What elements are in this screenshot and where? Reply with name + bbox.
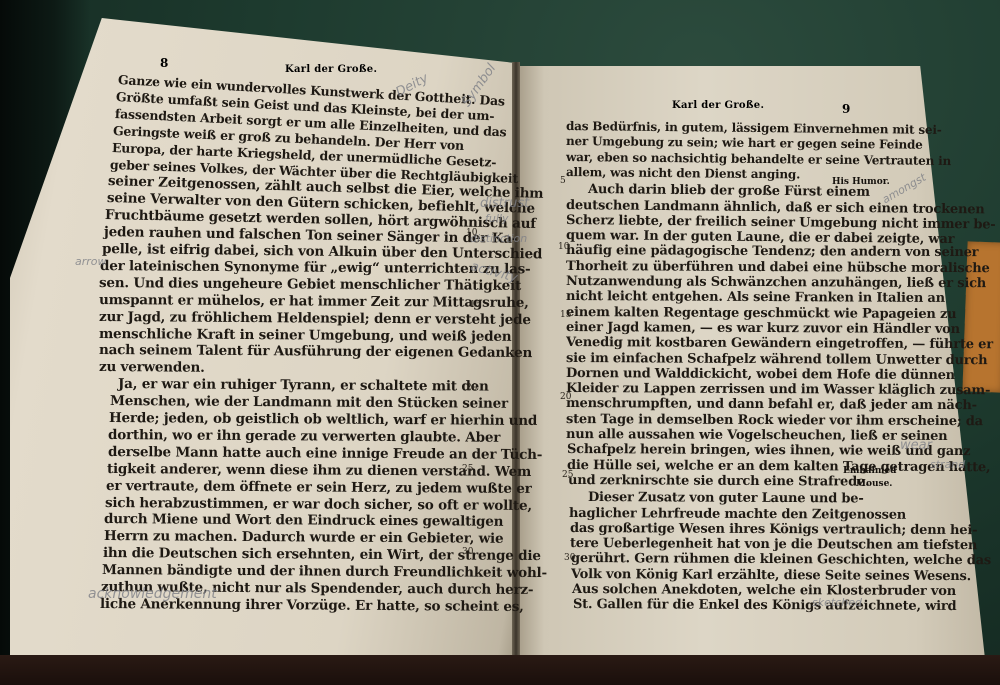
pencil-annotation: fully <box>485 212 508 225</box>
text-line: umspannt er mühelos, er hat immer Zeit z… <box>99 292 529 311</box>
text-line: Herrn zu machen. Dadurch wurde er ein Ge… <box>104 528 503 547</box>
line-number: 30 <box>564 553 575 563</box>
left-page-number: 8 <box>160 56 168 70</box>
line-number: 25 <box>562 470 573 480</box>
book-cover-edge <box>0 655 1000 685</box>
text-line: der lateinischen Synonyme für „ewig“ unt… <box>100 258 531 277</box>
line-number: 20 <box>466 383 477 393</box>
pencil-annotation: acknowledgement <box>88 586 217 602</box>
line-number: 30 <box>462 547 473 557</box>
line-number: 20 <box>560 392 571 402</box>
left-running-header: Karl der Große. <box>285 64 377 75</box>
pencil-annotation: distrust <box>480 196 529 211</box>
margin-note-embalmed: Embalmed <box>843 466 896 476</box>
text-line: sen. Und dies ungeheure Gebiet menschlic… <box>99 275 521 294</box>
text-line: zu verwenden. <box>99 359 205 376</box>
line-number: 5 <box>560 176 566 186</box>
text-line: er vertraute, dem öffnete er sein Herz, … <box>106 478 532 497</box>
text-line: Herde; jeden, ob geistlich ob weltlich, … <box>109 410 537 429</box>
margin-note-mouse: Mouse. <box>856 479 892 489</box>
pencil-annotation: distinction <box>470 232 527 245</box>
line-number: 15 <box>470 300 481 310</box>
line-number: 25 <box>462 464 473 474</box>
text-line: allem, was nicht den Dienst anging. <box>566 164 800 182</box>
pencil-annotation: strand <box>930 458 965 471</box>
text-line: zur Jagd, zu fröhlichem Heldenspiel; den… <box>99 309 531 328</box>
margin-note-his-humor: His Humor. <box>832 177 890 187</box>
text-line: ihn die Deutschen sich ersehnten, ein Wi… <box>103 545 541 564</box>
text-line: Menschen, wie der Landmann mit den Stück… <box>110 393 508 412</box>
text-line: Dieser Zusatz von guter Laune und be- <box>588 490 864 507</box>
text-line: und zerknirschte sie durch eine Strafred… <box>568 473 870 491</box>
pencil-annotation: wear <box>900 438 932 453</box>
text-line: St. Gallen für die Enkel des Königs aufz… <box>573 597 956 615</box>
right-running-header: Karl der Große. <box>672 100 764 111</box>
right-page-number: 9 <box>842 102 850 116</box>
pencil-annotation: arrow <box>75 255 107 268</box>
text-line: Ja, er war ein ruhiger Tyrann, er schalt… <box>118 376 489 395</box>
text-line: durch Miene und Wort den Eindruck eines … <box>104 511 503 530</box>
text-line: dorthin, wo er ihn gerade zu verwerten g… <box>108 427 500 446</box>
text-line: derselbe Mann hatte auch eine innige Fre… <box>108 444 542 463</box>
pencil-annotation: sketched <box>812 596 862 609</box>
line-number: 15 <box>560 310 571 320</box>
text-line: Mannen bändigte und der ihnen durch Freu… <box>102 562 547 581</box>
line-number: 10 <box>558 242 569 252</box>
